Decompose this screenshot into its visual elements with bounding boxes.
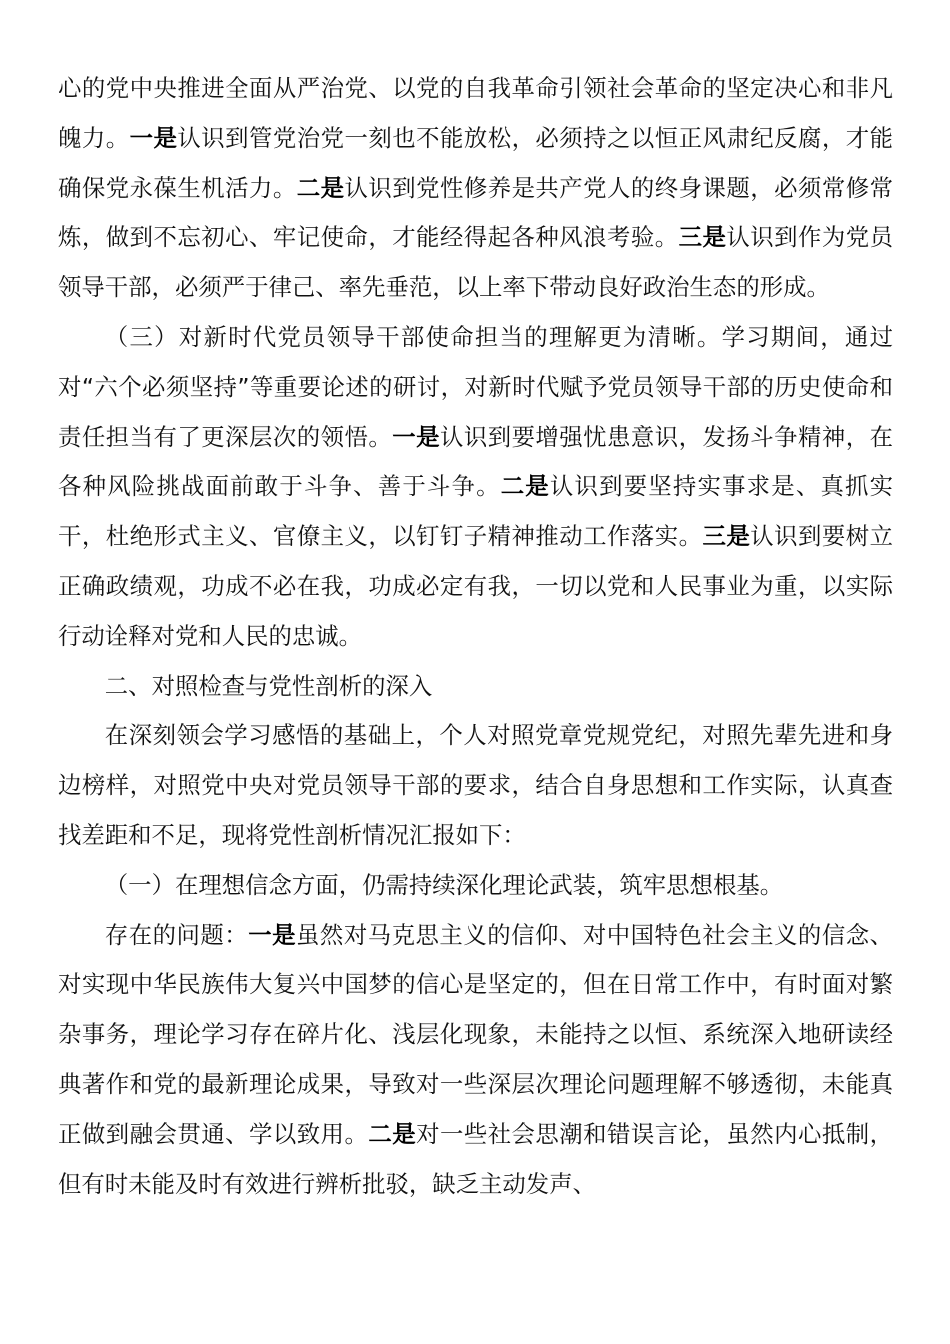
bold-marker-second: 二是 [297,174,345,202]
paragraph-party-self-revolution-understanding: 心的党中央推进全面从严治党、以党的自我革命引领社会革命的坚定决心和非凡魄力。一是… [58,64,893,313]
bold-marker-third: 三是 [703,522,751,550]
bold-marker-second: 二是 [368,1120,416,1148]
paragraph-section-three-mission: （三）对新时代党员领导干部使命担当的理解更为清晰。学习期间，通过对“六个必须坚持… [58,313,893,662]
section-heading-comparison-analysis: 二、对照检查与党性剖析的深入 [58,662,893,712]
paragraph-intro-analysis: 在深刻领会学习感悟的基础上，个人对照党章党规党纪，对照先辈先进和身边榜样，对照党… [58,711,893,860]
bold-marker-second: 二是 [501,472,550,500]
bold-marker-first: 一是 [130,124,178,152]
section-heading-text: 二、对照检查与党性剖析的深入 [105,672,432,700]
paragraph-text: 存在的问题： [105,921,248,949]
bold-marker-first: 一是 [392,423,440,451]
paragraph-existing-problems: 存在的问题：一是虽然对马克思主义的信仰、对中国特色社会主义的信念、对实现中华民族… [58,911,893,1210]
subheading-ideals-beliefs: （一）在理想信念方面，仍需持续深化理论武装，筑牢思想根基。 [58,861,893,911]
paragraph-text: 在深刻领会学习感悟的基础上，个人对照党章党规党纪，对照先辈先进和身边榜样，对照党… [58,721,893,849]
bold-marker-third: 三是 [679,223,727,251]
bold-marker-first: 一是 [248,921,296,949]
document-page: 心的党中央推进全面从严治党、以党的自我革命引领社会革命的坚定决心和非凡魄力。一是… [58,64,893,1209]
subheading-text: （一）在理想信念方面，仍需持续深化理论武装，筑牢思想根基。 [105,871,783,899]
paragraph-text: 虽然对马克思主义的信仰、对中国特色社会主义的信念、对实现中华民族伟大复兴中国梦的… [58,921,893,1148]
